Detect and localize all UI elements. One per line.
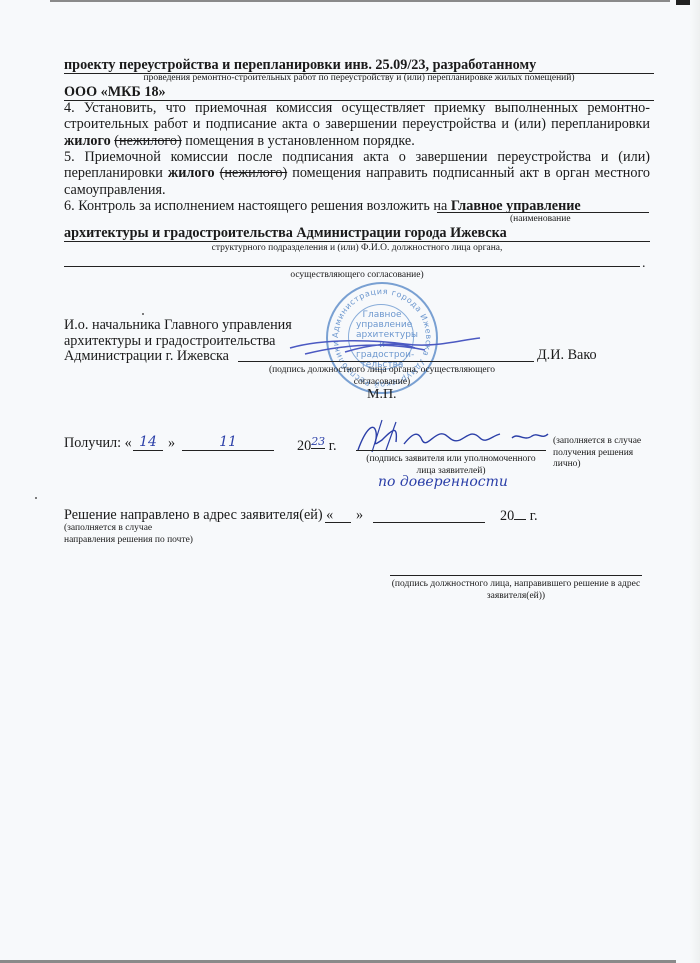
company-line: ООО «МКБ 18» xyxy=(64,84,654,101)
signature-caption-official: (подпись должностного лица органа, осуще… xyxy=(252,364,512,388)
received-label: Получил: « xyxy=(64,435,132,451)
received-year: 2023 г. xyxy=(297,435,337,455)
signatory-line-3: Администрации г. Ижевска xyxy=(64,349,292,365)
received-day: 14 xyxy=(139,434,157,450)
year-label: г. xyxy=(530,508,538,524)
bold-text: жилого xyxy=(64,133,111,149)
item-4: 4. Установить, что приемочная комиссия о… xyxy=(64,100,650,149)
item-6-underline xyxy=(437,212,649,213)
year-suffix[interactable]: 23 xyxy=(311,435,325,449)
sent-year: 20 г. xyxy=(500,507,538,525)
caption-works: проведения ремонтно-строительных работ п… xyxy=(64,73,654,83)
speck xyxy=(142,313,144,315)
caption-agree: осуществляющего согласование) xyxy=(64,270,650,280)
year-prefix: 20 xyxy=(297,438,311,454)
caption-name: (наименование xyxy=(510,214,571,224)
received-row: Получил: « xyxy=(64,435,132,452)
project-line: проекту переустройства и перепланировки … xyxy=(64,57,654,74)
year-label: г. xyxy=(329,438,337,454)
handwritten-power-of-attorney: по доверенности xyxy=(378,474,508,490)
scan-edge-top xyxy=(50,0,670,2)
signatory-line-2: архитектуры и градостроительства xyxy=(64,334,292,350)
sent-note: (заполняется в случае направления решени… xyxy=(64,523,204,546)
sent-month-field[interactable] xyxy=(373,509,485,523)
company-text: ООО «МКБ 18» xyxy=(64,84,166,100)
struck-text: (нежилого) xyxy=(114,133,181,149)
received-month: 11 xyxy=(219,434,237,450)
item-number: 5. xyxy=(64,149,75,165)
received-month-field[interactable]: 11 xyxy=(182,433,274,451)
signature-line-official xyxy=(238,361,534,362)
item-text: Установить, что приемочная комиссия осущ… xyxy=(64,100,650,132)
received-day-field[interactable]: 14 xyxy=(133,433,163,451)
signatory-title: И.о. начальника Главного управления архи… xyxy=(64,318,292,365)
speck xyxy=(35,497,37,499)
signatory-name: Д.И. Вако xyxy=(537,347,597,364)
item-5: 5. Приемочной комиссии после подписания … xyxy=(64,149,650,198)
sent-year-field[interactable] xyxy=(514,507,526,520)
sender-signature-caption: (подпись должностного лица, направившего… xyxy=(390,579,642,602)
signatory-line-1: И.о. начальника Главного управления xyxy=(64,318,292,334)
sent-day-field[interactable] xyxy=(325,509,351,523)
sent-quote-close: » xyxy=(356,507,363,524)
blank-line xyxy=(64,266,640,267)
item-text: Контроль за исполнением настоящего решен… xyxy=(78,198,447,214)
applicant-signature-icon xyxy=(352,418,552,454)
applicant-signature-line[interactable] xyxy=(356,450,546,451)
received-note: (заполняется в случае получения решения … xyxy=(553,436,643,471)
bold-text: жилого xyxy=(168,165,215,181)
scan-edge-right xyxy=(690,0,700,963)
project-text: проекту переустройства и перепланировки … xyxy=(64,57,536,73)
sender-signature-line[interactable] xyxy=(390,575,642,576)
department-text: архитектуры и градостроительства Админис… xyxy=(64,225,507,241)
seal-label: М.П. xyxy=(367,387,397,403)
item-text-end: помещения в установленном порядке. xyxy=(185,133,415,149)
caption-struct: структурного подразделения и (или) Ф.И.О… xyxy=(64,243,650,253)
struck-text: (нежилого) xyxy=(220,165,287,181)
sent-row: Решение направлено в адрес заявителя(ей)… xyxy=(64,507,333,524)
item-number: 6. xyxy=(64,198,75,214)
received-quote-close: » xyxy=(168,435,175,452)
item-number: 4. xyxy=(64,100,75,116)
year-prefix: 20 xyxy=(500,508,514,524)
department-line: архитектуры и градостроительства Админис… xyxy=(64,225,650,242)
